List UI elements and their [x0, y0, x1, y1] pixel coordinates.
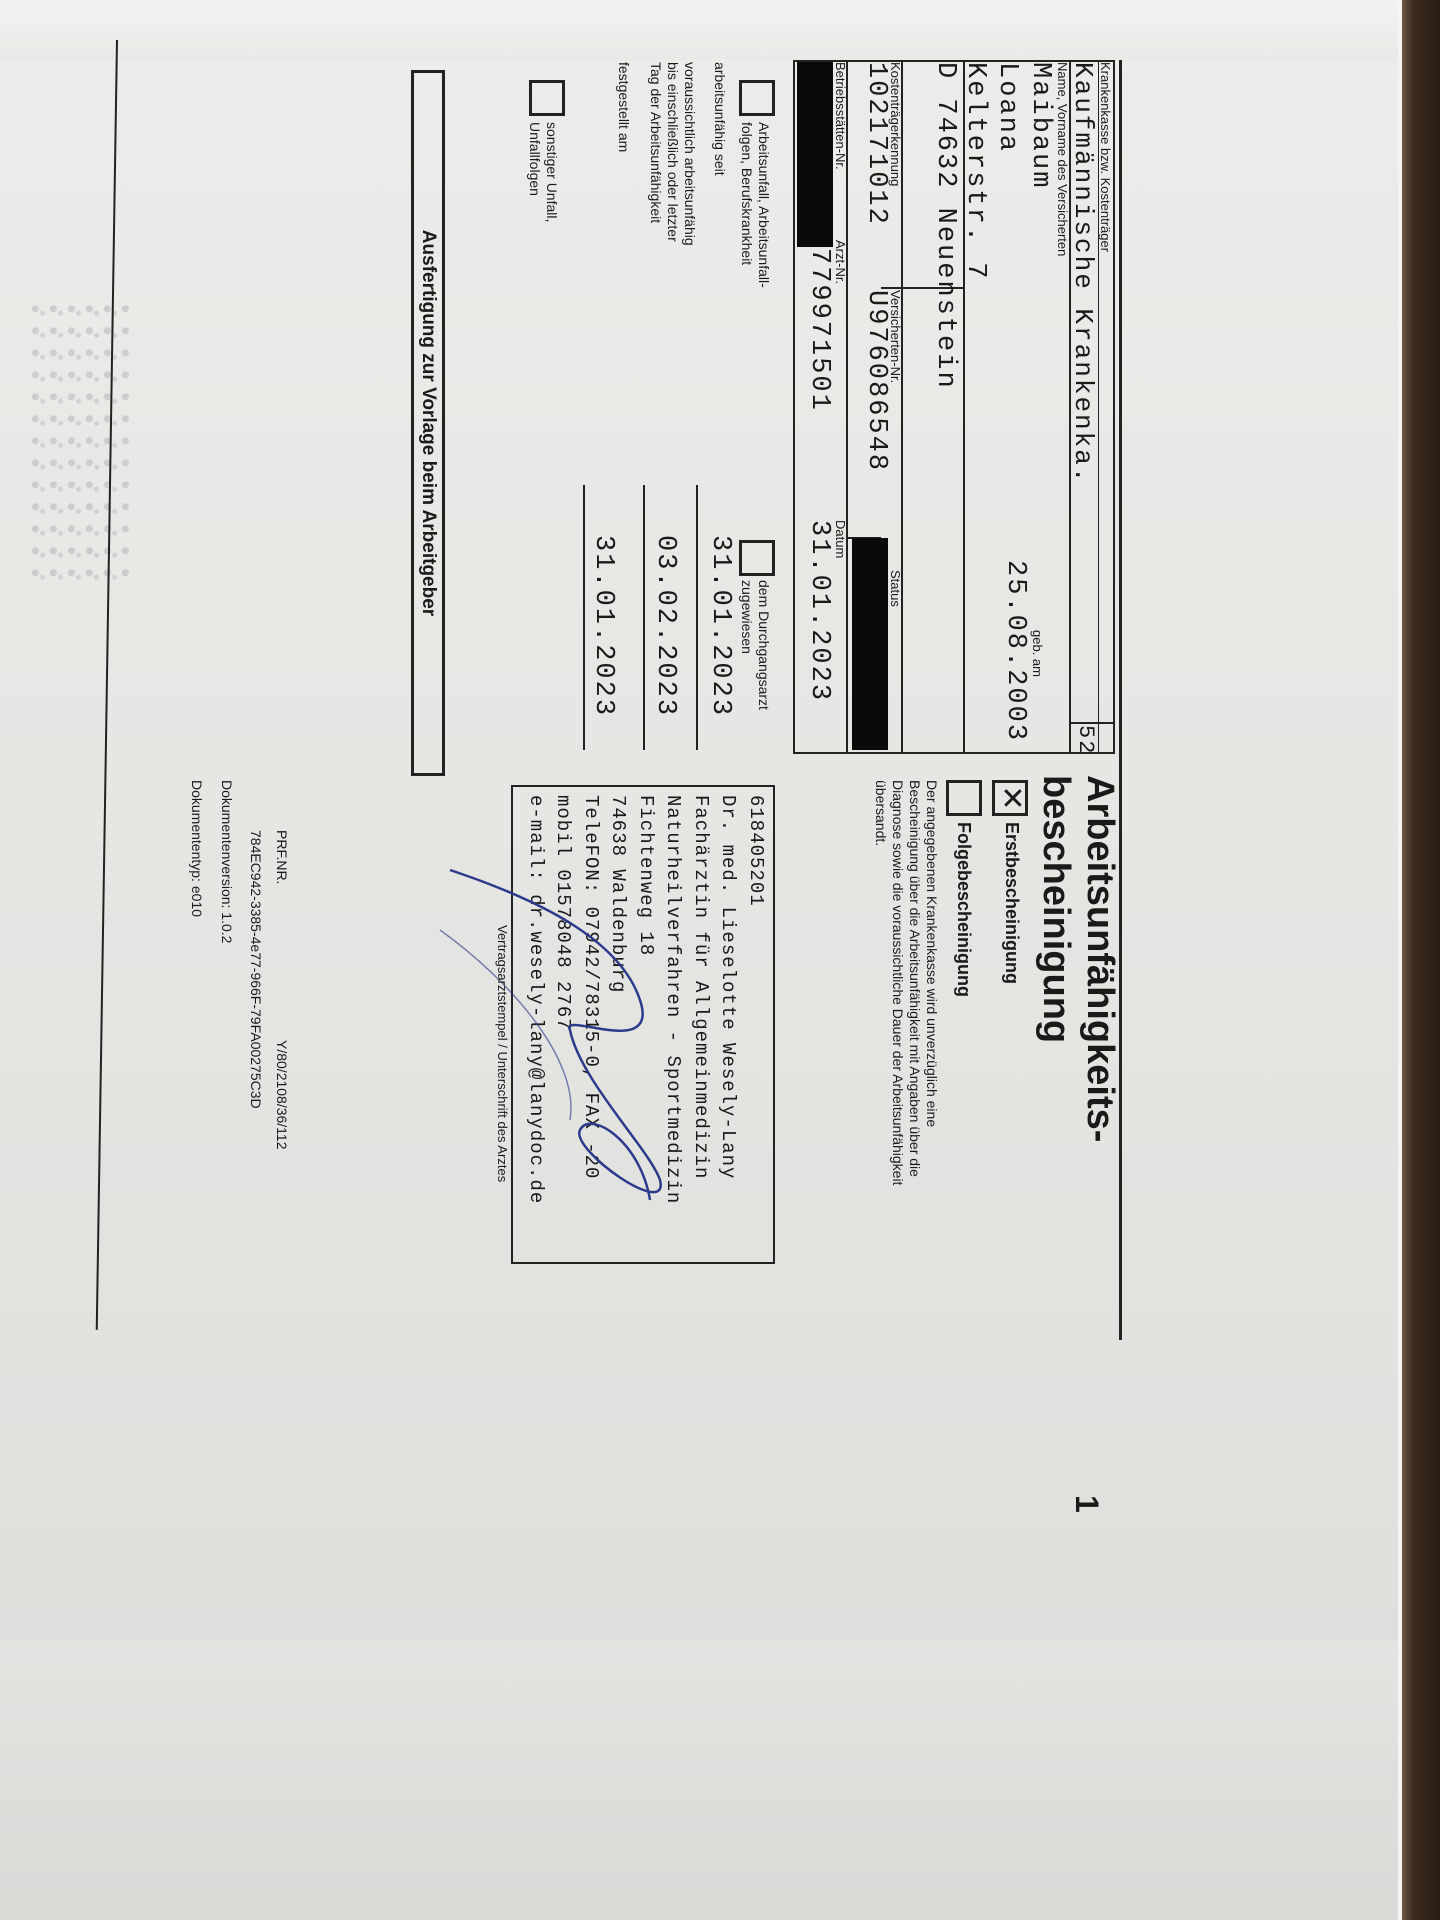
status-redaction	[852, 538, 888, 750]
since-label: arbeitsunfähig seit	[712, 62, 728, 176]
determined-underline	[583, 485, 585, 750]
frame-line-bottom	[96, 40, 118, 1330]
status-label: Status	[888, 570, 903, 607]
insurer-code: 52	[1073, 725, 1098, 755]
determined-date: 31.01.2023	[588, 535, 618, 717]
title-line-2: bescheinigung	[1034, 775, 1078, 1142]
stamp-line: 618405201	[742, 795, 770, 1262]
page-title: Arbeitsunfähigkeits- bescheinigung	[1034, 775, 1122, 1142]
stamp-line: Dr. med. Lieselotte Wesely-Lany	[714, 795, 742, 1262]
date-label: Datum	[833, 520, 848, 558]
last-name: Maibaum	[1025, 62, 1055, 189]
dob: 25.08.2003	[1000, 560, 1030, 742]
work-accident-checkbox[interactable]	[739, 80, 775, 116]
employer-copy-box: Ausfertigung zur Vorlage beim Arbeitgebe…	[411, 70, 445, 776]
city: D 74632 Neuenstein	[930, 62, 960, 390]
insurer-notice: Der angegebenen Krankenkasse wird unverz…	[872, 780, 940, 1200]
insured-no: U976086548	[861, 290, 891, 472]
title-line-1: Arbeitsunfähigkeits-	[1078, 775, 1122, 1142]
followup-certificate-checkbox[interactable]	[946, 780, 982, 816]
doctor-no-label: Arzt-Nr.	[833, 240, 848, 284]
determined-label: festgestellt am	[616, 62, 632, 152]
divider	[1071, 722, 1113, 724]
site-no-label: Betriebsstätten-Nr.	[833, 62, 848, 170]
site-no-redaction	[797, 62, 833, 247]
doctor-stamp-box: 618405201Dr. med. Lieselotte Wesely-Lany…	[511, 785, 775, 1264]
stamp-line: Fichtenweg 18	[632, 795, 660, 1262]
doctor-stamp: 618405201Dr. med. Lieselotte Wesely-Lany…	[522, 787, 774, 1262]
insurer-name: Kaufmännische Krankenka.	[1068, 62, 1098, 484]
stamp-line: Naturheilverfahren - Sportmedizin	[659, 795, 687, 1262]
sick-note-document: Krankenkasse bzw. Kostenträger Kaufmänni…	[0, 0, 1440, 1920]
stamp-line: e-mail: dr.wesely-lany@lanydoc.de	[522, 795, 550, 1262]
issue-date: 31.01.2023	[804, 520, 834, 702]
street: Kelterstr. 7	[960, 62, 990, 280]
followup-certificate-label: Folgebescheinigung	[953, 822, 974, 997]
other-accident-checkbox[interactable]	[529, 80, 565, 116]
doc-type: Dokumententyp: e010	[189, 780, 205, 917]
dob-label: geb. am	[1030, 630, 1045, 677]
insured-name-label: Name, Vorname des Versicherten	[1055, 62, 1070, 256]
prf-number: Y/80/2108/36/112	[274, 1040, 290, 1150]
stamp-caption: Vertragsarztstempel / Unterschrift des A…	[495, 925, 510, 1182]
divider	[881, 287, 903, 289]
doctor-no: 779971501	[804, 248, 834, 412]
work-accident-label: Arbeitsunfall, Arbeitsunfall-folgen, Ber…	[738, 122, 772, 292]
stamp-line: 74638 Waldenburg	[604, 795, 632, 1262]
until-label: voraussichtlich arbeitsunfähig bis einsc…	[647, 62, 698, 262]
durchgangsarzt-checkbox[interactable]	[739, 540, 775, 576]
since-date: 31.01.2023	[705, 535, 735, 717]
other-accident-label: sonstiger Unfall, Unfallfolgen	[526, 122, 560, 292]
stamp-line: Fachärztin für Allgemeinmedizin	[687, 795, 715, 1262]
since-underline	[696, 485, 698, 750]
stamp-line: TeleFON: 07942/78315-0, FAX -20	[577, 795, 605, 1262]
first-certificate-checkbox[interactable]: ✕	[992, 780, 1028, 816]
copy-number: 1	[1068, 1495, 1105, 1513]
until-date: 03.02.2023	[650, 535, 680, 717]
payer-id: 102171012	[861, 62, 891, 226]
until-underline	[643, 485, 645, 750]
durchgangsarzt-label: dem Durchgangsarzt zugewiesen	[738, 580, 772, 740]
insurer-label: Krankenkasse bzw. Kostenträger	[1098, 62, 1113, 252]
document-hash: 784EC942-3385-4e77-966F-79FA00275C3D	[248, 830, 264, 1109]
doc-version: Dokumentenversion: 1.0.2	[219, 780, 235, 943]
employer-copy-label: Ausfertigung zur Vorlage beim Arbeitgebe…	[414, 73, 442, 773]
frame-line-top	[1119, 60, 1122, 1340]
stamp-line: mobil 01578048 2767	[549, 795, 577, 1262]
first-name: Loana	[992, 62, 1022, 153]
prf-label: PRF.NR.	[274, 830, 290, 884]
first-certificate-label: Erstbescheinigung	[1001, 822, 1022, 984]
